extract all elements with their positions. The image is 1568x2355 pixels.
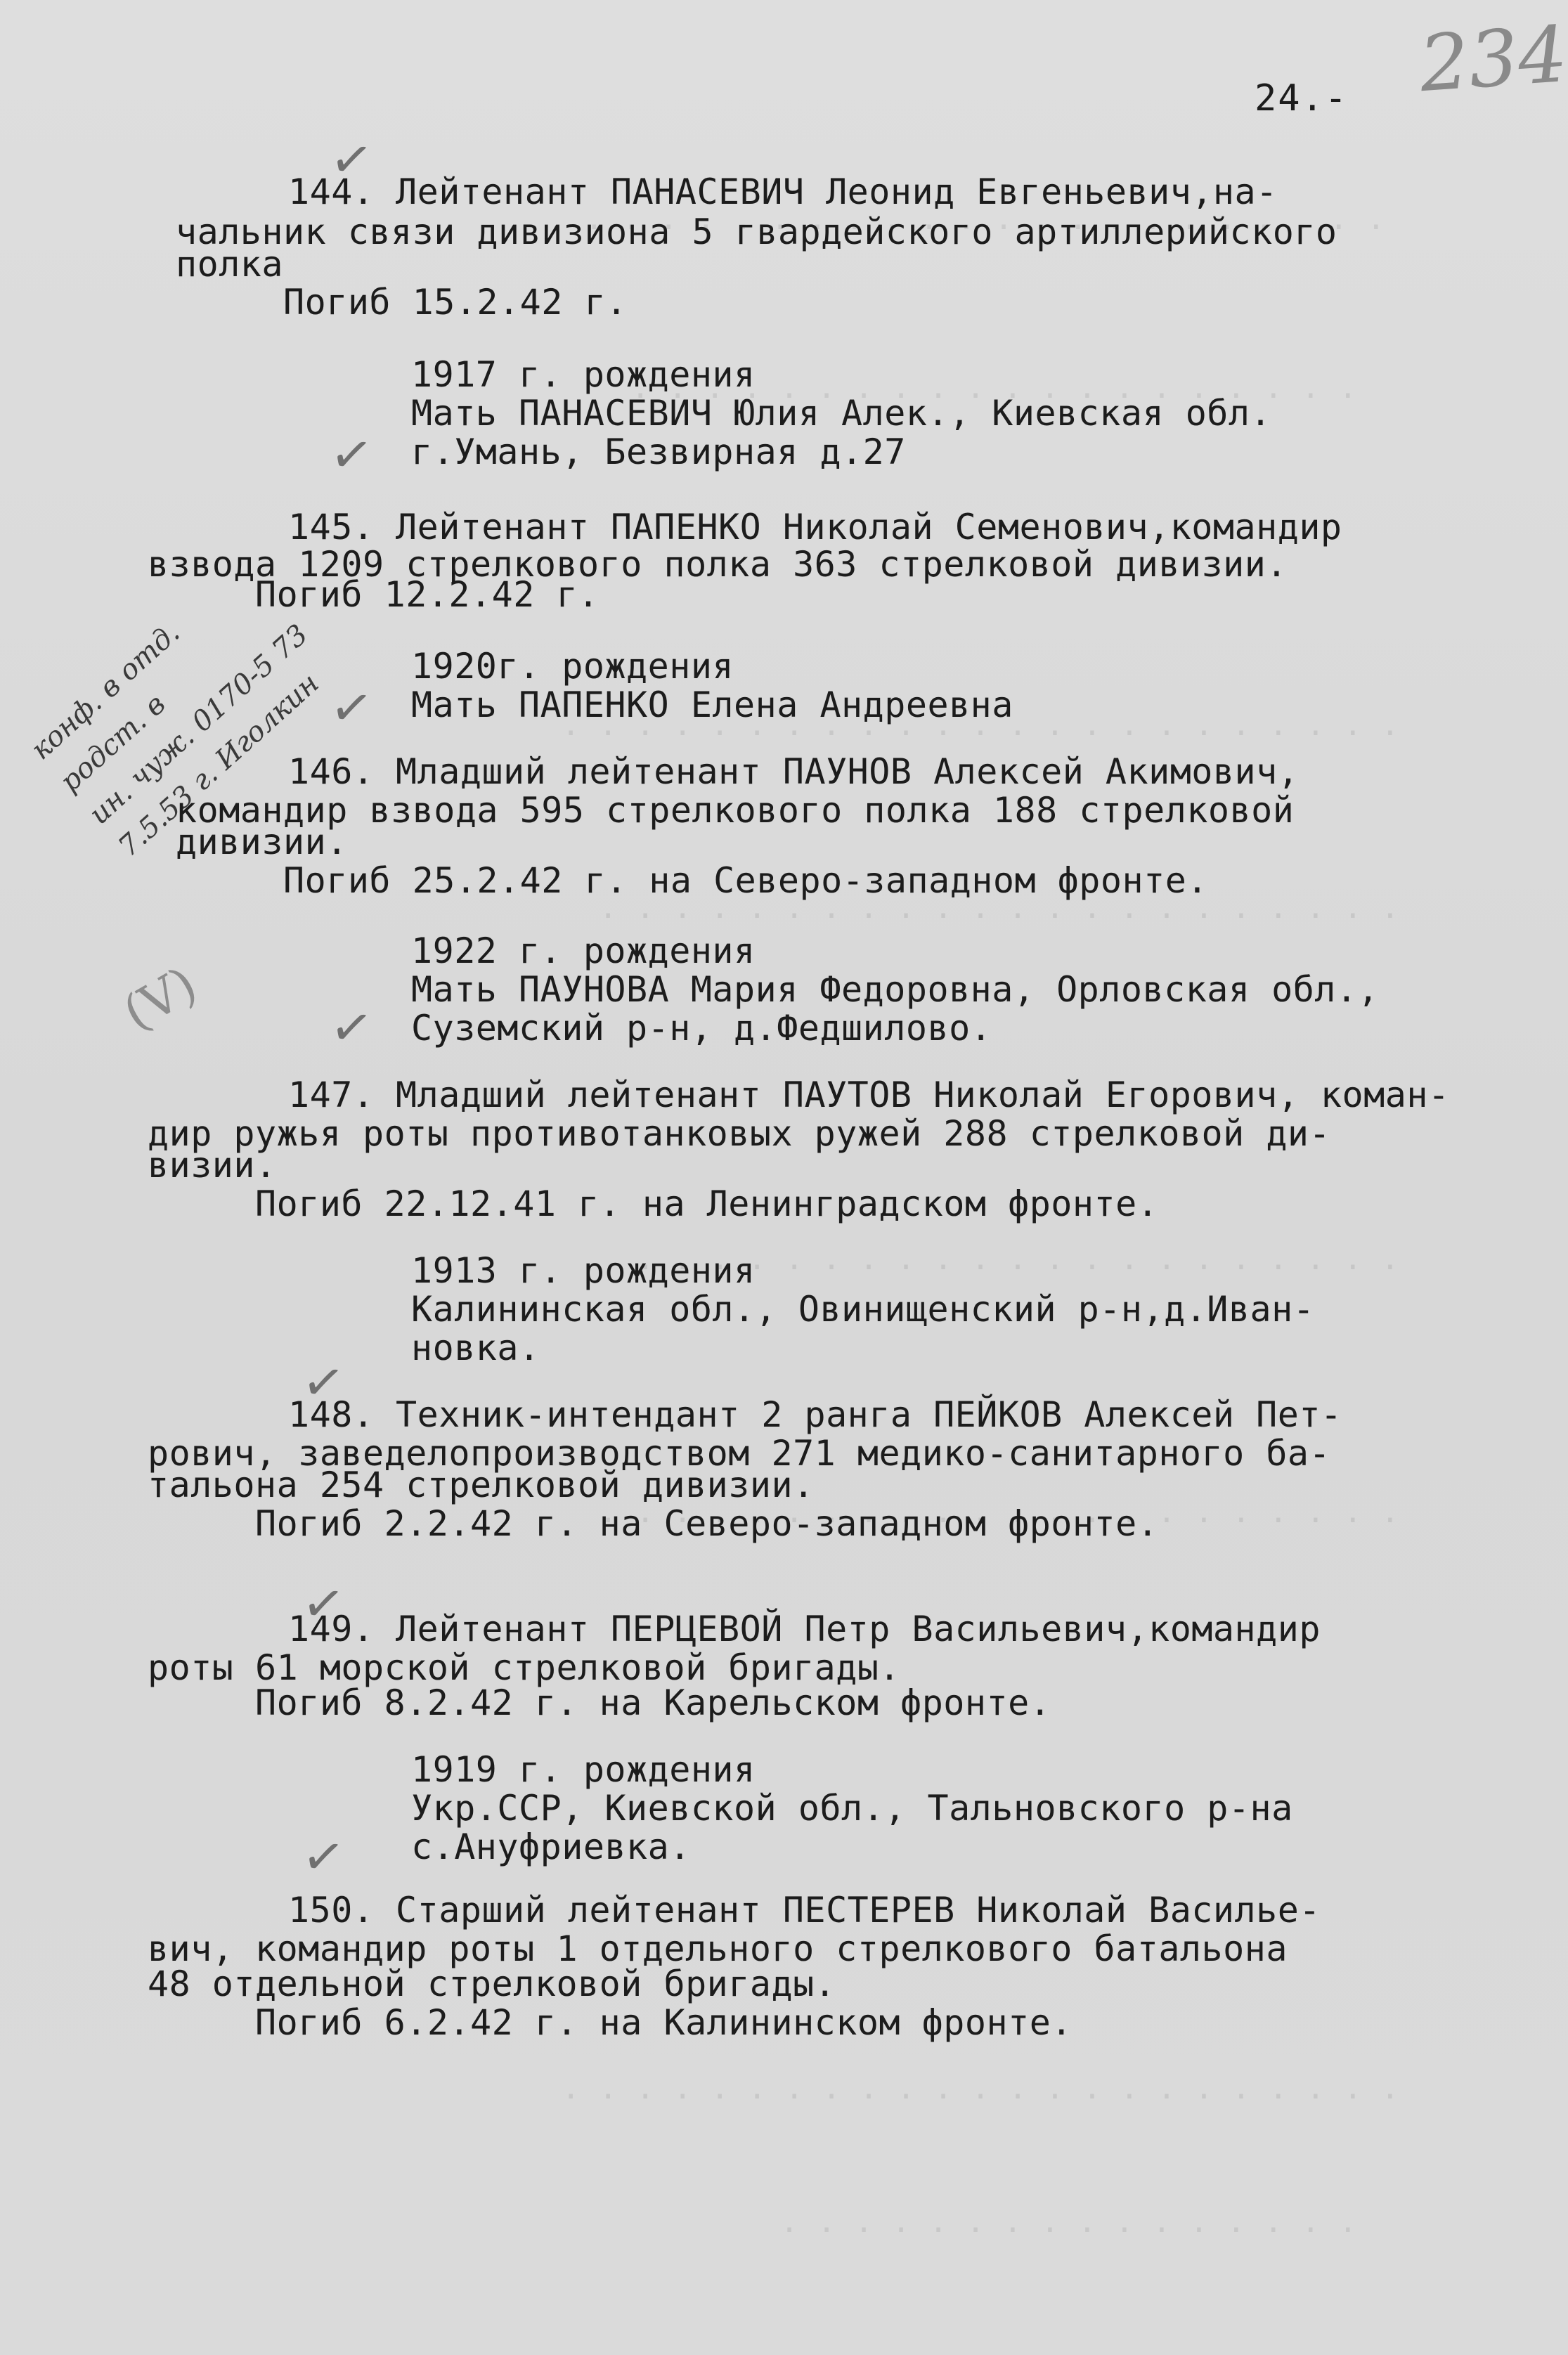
entry-line: 148. Техник-интендант 2 ранга ПЕЙКОВ Але… <box>288 1395 1342 1434</box>
death-line: Погиб 12.2.42 г. <box>148 575 600 614</box>
birth-line: 1919 г. рождения <box>411 1750 756 1789</box>
birth-line: Мать ПАУНОВА Мария Федоровна, Орловская … <box>411 970 1379 1009</box>
death-line: Погиб 6.2.42 г. на Калининском фронте. <box>148 2003 1073 2042</box>
checkmark-icon: ✓ <box>326 995 376 1060</box>
entry-line: чальник связи дивизиона 5 гвардейского а… <box>176 212 1337 252</box>
entry-line: 146. Младший лейтенант ПАУНОВ Алексей Ак… <box>288 752 1299 791</box>
birth-line: 1913 г. рождения <box>411 1251 756 1290</box>
birth-line: 1917 г. рождения <box>411 355 756 394</box>
checkmark-icon: ✓ <box>298 1824 348 1889</box>
entry-line: дивизии. <box>176 822 348 862</box>
entry-line: визии. <box>148 1146 277 1185</box>
birth-line: 1920г. рождения <box>411 647 734 686</box>
entry-line: 145. Лейтенант ПАПЕНКО Николай Семенович… <box>288 507 1342 547</box>
checkmark-icon: ✓ <box>326 675 376 740</box>
birth-line: г.Умань, Безвирная д.27 <box>411 432 906 472</box>
typed-page-number: 24.- <box>1255 77 1348 119</box>
document-page: . . . . . . . . . . . . . . . . . . . . … <box>0 0 1568 2355</box>
death-line: Погиб 2.2.42 г. на Северо-западном фронт… <box>148 1504 1158 1543</box>
birth-line: Суземский р-н, д.Федшилово. <box>411 1008 992 1048</box>
birth-line: с.Ануфриевка. <box>411 1827 691 1867</box>
birth-line: Мать ПАПЕНКО Елена Андреевна <box>411 685 1013 725</box>
entry-line: 147. Младший лейтенант ПАУТОВ Николай Ег… <box>288 1075 1450 1115</box>
checkmark-icon: ✓ <box>326 422 376 487</box>
birth-line: новка. <box>411 1328 540 1368</box>
entry-line: роты 61 морской стрелковой бригады. <box>148 1648 900 1687</box>
entry-line: 149. Лейтенант ПЕРЦЕВОЙ Петр Васильевич,… <box>288 1609 1321 1649</box>
birth-line: 1922 г. рождения <box>411 931 756 971</box>
handwritten-archive-number: 234 <box>1417 9 1568 109</box>
birth-line: Калининская обл., Овинищенский р-н,д.Ива… <box>411 1290 1314 1329</box>
death-line: Погиб 15.2.42 г. <box>176 283 628 322</box>
death-line: Погиб 8.2.42 г. на Карельском фронте. <box>148 1683 1051 1723</box>
birth-line: Мать ПАНАСЕВИЧ Юлия Алек., Киевская обл. <box>411 394 1271 433</box>
entry-line: вич, командир роты 1 отдельного стрелков… <box>148 1929 1288 1968</box>
entry-line: полка <box>176 245 283 284</box>
entry-line: 150. Старший лейтенант ПЕСТЕРЕВ Николай … <box>288 1890 1321 1930</box>
death-line: Погиб 22.12.41 г. на Ленинградском фронт… <box>148 1184 1158 1224</box>
death-line: Погиб 25.2.42 г. на Северо-западном фрон… <box>176 861 1208 900</box>
entry-line: тальона 254 стрелковой дивизии. <box>148 1465 815 1505</box>
entry-line: 48 отдельной стрелковой бригады. <box>148 1964 836 2004</box>
entry-line: дир ружья роты противотанковых ружей 288… <box>148 1114 1330 1153</box>
entry-line: 144. Лейтенант ПАНАСЕВИЧ Леонид Евгеньев… <box>288 172 1278 212</box>
birth-line: Укр.ССР, Киевской обл., Тальновского р-н… <box>411 1789 1293 1828</box>
faint-pencil-mark: (V) <box>114 955 207 1042</box>
